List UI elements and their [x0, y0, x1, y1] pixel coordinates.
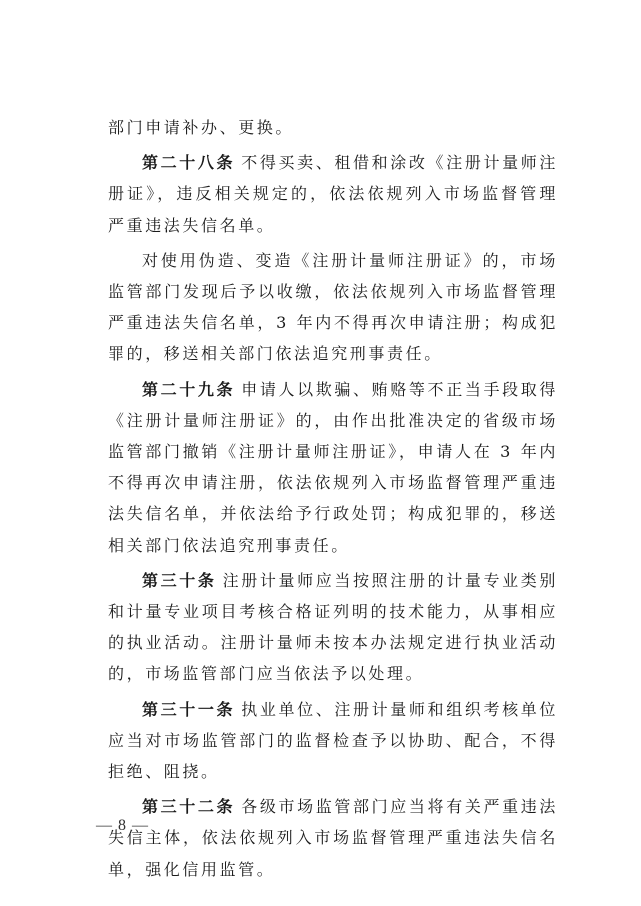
paragraph-continuation: 部门申请补办、更换。	[108, 112, 558, 143]
paragraph-forged-certificate: 对使用伪造、变造《注册计量师注册证》的，市场监管部门发现后予以收缴，依法依规列入…	[108, 245, 558, 370]
article-29: 第二十九条申请人以欺骗、贿赂等不正当手段取得《注册计量师注册证》的，由作出批准决…	[108, 374, 558, 561]
article-text: 申请人以欺骗、贿赂等不正当手段取得《注册计量师注册证》的，由作出批准决定的省级市…	[108, 380, 558, 555]
page-number: — 8 —	[96, 817, 149, 835]
article-28: 第二十八条不得买卖、租借和涂改《注册计量师注册证》，违反相关规定的，依法依规列入…	[108, 147, 558, 241]
document-page: 部门申请补办、更换。 第二十八条不得买卖、租借和涂改《注册计量师注册证》，违反相…	[108, 112, 558, 889]
article-32: 第三十二条各级市场监管部门应当将有关严重违法失信主体，依法依规列入市场监督管理严…	[108, 791, 558, 885]
article-30: 第三十条注册计量师应当按照注册的计量专业类别和计量专业项目考核合格证列明的技术能…	[108, 565, 558, 690]
article-number: 第二十八条	[142, 153, 235, 172]
article-31: 第三十一条执业单位、注册计量师和组织考核单位应当对市场监管部门的监督检查予以协助…	[108, 694, 558, 788]
paragraph-text: 对使用伪造、变造《注册计量师注册证》的，市场监管部门发现后予以收缴，依法依规列入…	[108, 251, 558, 364]
article-number: 第三十一条	[142, 700, 235, 719]
article-number: 第二十九条	[142, 380, 235, 399]
paragraph-text: 部门申请补办、更换。	[108, 118, 294, 137]
article-number: 第三十二条	[142, 797, 235, 816]
article-number: 第三十条	[142, 571, 217, 590]
